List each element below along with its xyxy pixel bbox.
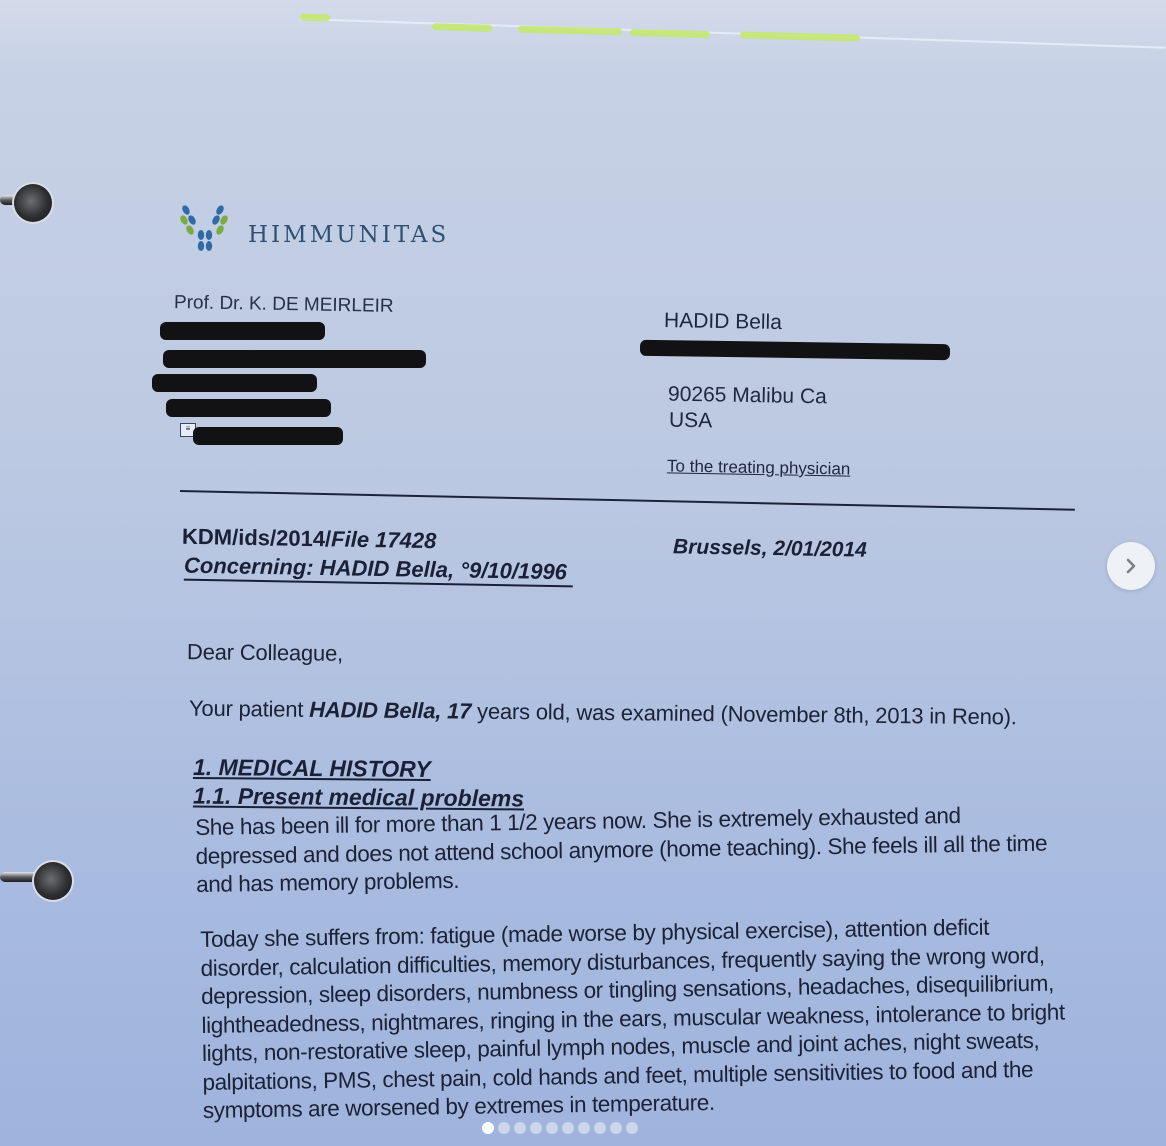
header-divider — [180, 490, 1075, 511]
carousel-dot[interactable] — [482, 1122, 494, 1134]
carousel-dot[interactable] — [546, 1122, 558, 1134]
organization-name: HIMMUNITAS — [248, 222, 449, 248]
paragraph-symptoms: Today she suffers from: fatigue (made wo… — [200, 911, 1143, 1125]
file-prefix: KDM/ids/2014/ — [182, 524, 332, 552]
file-reference: KDM/ids/2014/File 17428 — [182, 524, 437, 554]
section-heading: 1. MEDICAL HISTORY — [193, 754, 431, 783]
carousel-dot[interactable] — [530, 1122, 542, 1134]
redacted-street-address — [640, 340, 950, 360]
redacted-sender-line — [152, 374, 317, 392]
intro-suffix: years old, was examined (November 8th, 2… — [471, 699, 1017, 730]
highlighter-mark — [300, 14, 330, 22]
carousel-dot[interactable] — [562, 1122, 574, 1134]
sender-name: Prof. Dr. K. DE MEIRLEIR — [174, 292, 394, 318]
redacted-sender-line — [193, 427, 343, 445]
recipient-country: USA — [669, 409, 713, 434]
intro-prefix: Your patient — [189, 696, 309, 722]
recipient-name: HADID Bella — [664, 309, 782, 335]
paragraph-present-problems: She has been ill for more than 1 1/2 yea… — [195, 799, 1126, 899]
place-date: Brussels, 2/01/2014 — [673, 535, 867, 562]
next-slide-button[interactable] — [1107, 542, 1155, 590]
recipient-city: 90265 Malibu Ca — [668, 383, 827, 410]
carousel-pagination — [482, 1122, 638, 1134]
concerning-line: Concerning: HADID Bella, °9/10/1996 — [184, 553, 573, 588]
carousel-dot[interactable] — [498, 1122, 510, 1134]
binder-ring — [14, 184, 52, 222]
subsection-heading: 1.1. Present medical problems — [193, 783, 524, 813]
carousel-dot[interactable] — [514, 1122, 526, 1134]
chevron-right-icon — [1121, 556, 1141, 576]
patient-name-age: HADID Bella, 17 — [309, 697, 471, 724]
carousel-dot[interactable] — [610, 1122, 622, 1134]
binder-ring — [34, 862, 72, 900]
intro-sentence: Your patient HADID Bella, 17 years old, … — [189, 696, 1017, 731]
antibody-y-icon — [176, 200, 234, 256]
carousel-dot[interactable] — [578, 1122, 590, 1134]
file-number: File 17428 — [331, 526, 437, 553]
salutation: Dear Colleague, — [187, 639, 343, 667]
redacted-sender-line — [163, 350, 426, 368]
addressed-to: To the treating physician — [667, 456, 851, 479]
redacted-sender-line — [160, 322, 325, 340]
carousel-dot[interactable] — [594, 1122, 606, 1134]
redacted-sender-line — [166, 399, 331, 417]
carousel-dot[interactable] — [626, 1122, 638, 1134]
